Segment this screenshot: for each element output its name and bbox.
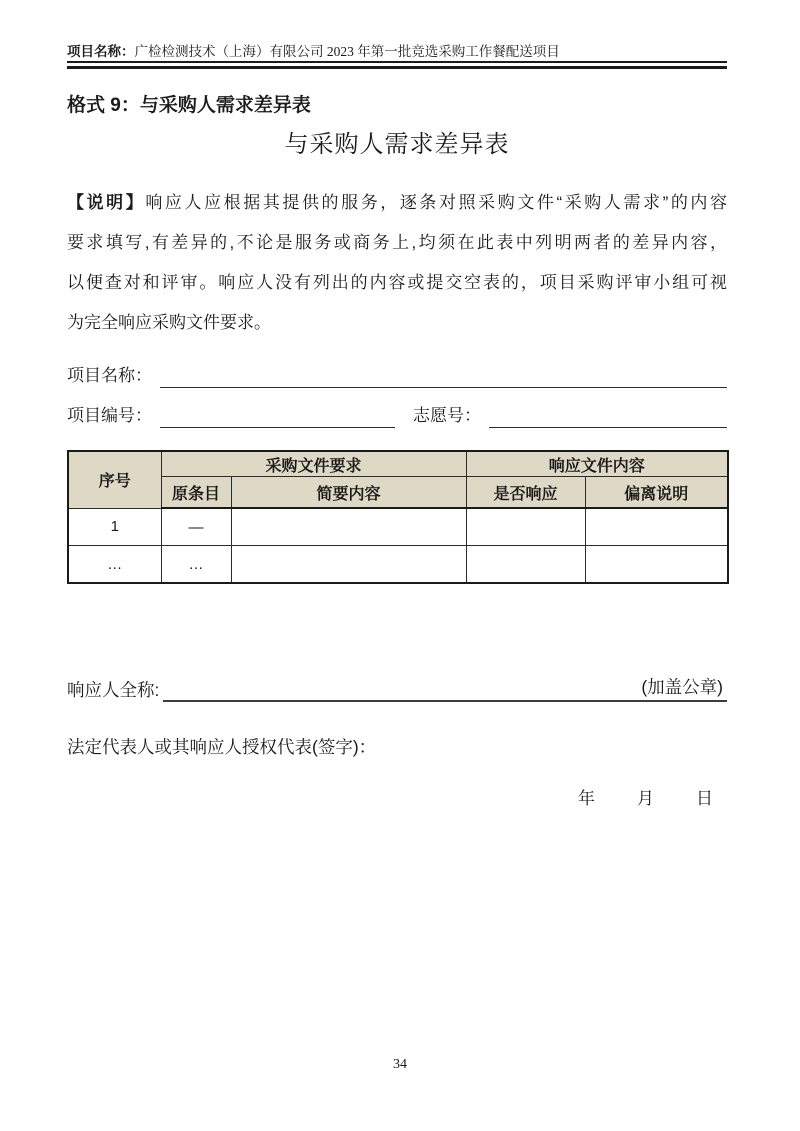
difference-table: 序号 采购文件要求 响应文件内容 原条目 简要内容 是否响应 偏离说明 1 — … <box>67 450 729 584</box>
page-header-label: 项目名称： <box>67 44 135 59</box>
page-header-text: 广检检测技术（上海）有限公司 2023 年第一批竞选采购工作餐配送项目 <box>135 44 560 59</box>
project-number-blank <box>160 403 395 428</box>
document-page: 项目名称：广检检测技术（上海）有限公司 2023 年第一批竞选采购工作餐配送项目… <box>0 0 800 1131</box>
volunteer-number-blank <box>489 403 727 428</box>
intro-line-1-text: 响应人应根据其提供的服务，逐条对照采购文件“采购人需求”的内容 <box>145 193 727 212</box>
intro-line-1: 【说明】响应人应根据其提供的服务，逐条对照采购文件“采购人需求”的内容 <box>67 183 727 223</box>
project-name-blank <box>160 363 727 388</box>
representative-signature-label: 法定代表人或其响应人授权代表(签字)： <box>67 734 376 759</box>
seal-note: (加盖公章) <box>641 677 727 697</box>
intro-line-4: 为完全响应采购文件要求。 <box>67 303 727 343</box>
col-header-brief-content: 简要内容 <box>231 477 466 509</box>
respondent-name-row: 响应人全称: (加盖公章) <box>67 674 727 702</box>
intro-line-3: 以便查对和评审。响应人没有列出的内容或提交空表的，项目采购评审小组可视 <box>67 263 727 303</box>
cell-original-item: — <box>161 508 231 546</box>
table-header-row-1: 序号 采购文件要求 响应文件内容 <box>68 451 728 477</box>
page-header: 项目名称：广检检测技术（上海）有限公司 2023 年第一批竞选采购工作餐配送项目 <box>67 40 727 60</box>
project-name-label: 项目名称： <box>67 364 152 388</box>
cell-brief-content <box>231 546 466 584</box>
intro-line-2: 要求填写,有差异的,不论是服务或商务上,均须在此表中列明两者的差异内容， <box>67 223 727 263</box>
respondent-name-blank: (加盖公章) <box>163 674 727 702</box>
intro-paragraph: 【说明】响应人应根据其提供的服务，逐条对照采购文件“采购人需求”的内容 要求填写… <box>67 183 727 343</box>
intro-prefix: 【说明】 <box>67 193 145 212</box>
cell-seq: 1 <box>68 508 161 546</box>
date-month-label: 月 <box>637 784 654 809</box>
col-group-response: 响应文件内容 <box>466 451 728 477</box>
col-header-deviation: 偏离说明 <box>585 477 728 509</box>
project-number-label: 项目编号： <box>67 404 152 428</box>
respondent-name-label: 响应人全称: <box>67 678 159 702</box>
document-title: 与采购人需求差异表 <box>67 124 727 159</box>
cell-seq: … <box>68 546 161 584</box>
project-name-row: 项目名称： <box>67 362 727 388</box>
col-header-seq: 序号 <box>68 451 161 508</box>
col-group-procurement: 采购文件要求 <box>161 451 466 477</box>
cell-respond <box>466 508 585 546</box>
table-row-1: 1 — <box>68 508 728 546</box>
cell-deviation <box>585 546 728 584</box>
col-header-original-item: 原条目 <box>161 477 231 509</box>
cell-brief-content <box>231 508 466 546</box>
format-heading: 格式 9：与采购人需求差异表 <box>67 90 311 117</box>
project-number-row: 项目编号： 志愿号： <box>67 402 727 428</box>
cell-deviation <box>585 508 728 546</box>
page-number: 34 <box>0 1057 800 1073</box>
cell-original-item: … <box>161 546 231 584</box>
date-line: 年 月 日 <box>67 784 727 809</box>
date-year-label: 年 <box>578 784 595 809</box>
date-day-label: 日 <box>696 784 713 809</box>
col-header-respond: 是否响应 <box>466 477 585 509</box>
cell-respond <box>466 546 585 584</box>
table-row-2: … … <box>68 546 728 584</box>
table-header-row-2: 原条目 简要内容 是否响应 偏离说明 <box>68 477 728 509</box>
volunteer-number-label: 志愿号： <box>413 404 481 428</box>
header-divider-rule <box>67 61 727 69</box>
